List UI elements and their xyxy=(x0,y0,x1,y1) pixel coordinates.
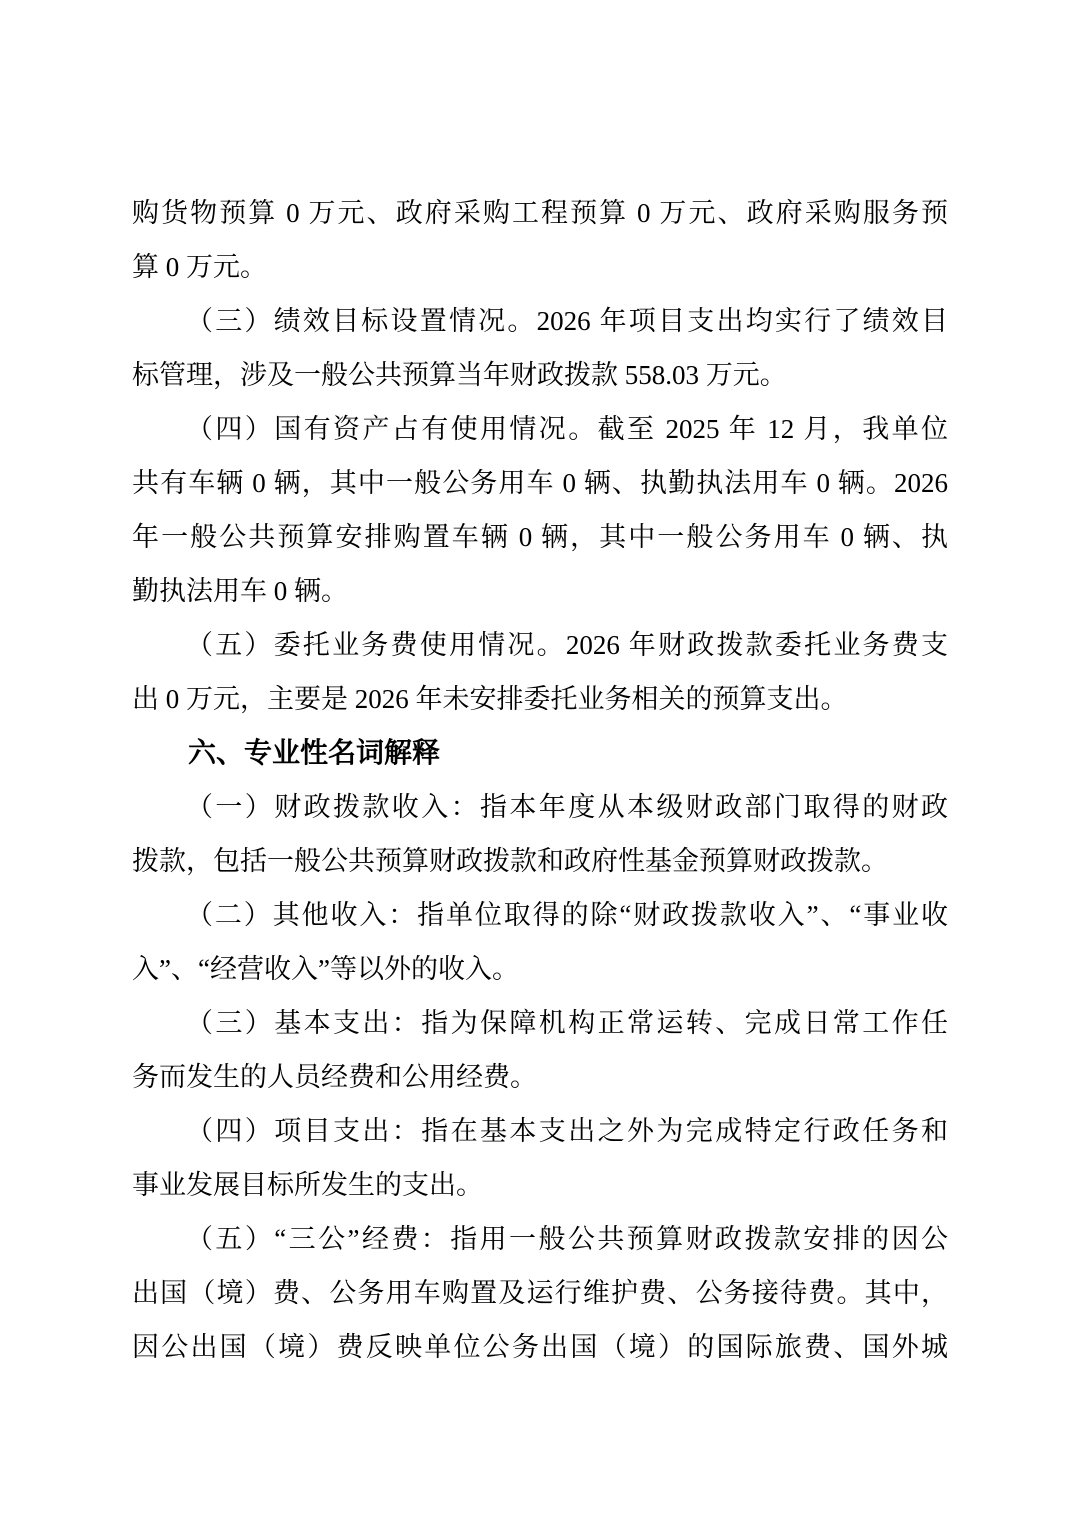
text-line: 入”、“经营收入”等以外的收入。 xyxy=(132,942,948,996)
text-line: 事业发展目标所发生的支出。 xyxy=(132,1158,948,1212)
text-line: 务而发生的人员经费和公用经费。 xyxy=(132,1050,948,1104)
text-line: （五）“三公”经费：指用一般公共预算财政拨款安排的因公 xyxy=(132,1212,948,1266)
text-line: （五）委托业务费使用情况。2026 年财政拨款委托业务费支 xyxy=(132,618,948,672)
text-line: （三）基本支出：指为保障机构正常运转、完成日常工作任 xyxy=(132,996,948,1050)
document-text-block: 购货物预算 0 万元、政府采购工程预算 0 万元、政府采购服务预 算 0 万元。… xyxy=(132,186,948,1374)
text-line: 标管理，涉及一般公共预算当年财政拨款 558.03 万元。 xyxy=(132,348,948,402)
text-line: 算 0 万元。 xyxy=(132,240,948,294)
text-line: 勤执法用车 0 辆。 xyxy=(132,564,948,618)
section-heading: 六、专业性名词解释 xyxy=(132,726,948,780)
text-line: 购货物预算 0 万元、政府采购工程预算 0 万元、政府采购服务预 xyxy=(132,186,948,240)
text-line: 拨款，包括一般公共预算财政拨款和政府性基金预算财政拨款。 xyxy=(132,834,948,888)
text-line: 共有车辆 0 辆，其中一般公务用车 0 辆、执勤执法用车 0 辆。2026 xyxy=(132,456,948,510)
text-line: （四）国有资产占有使用情况。截至 2025 年 12 月，我单位 xyxy=(132,402,948,456)
text-line: （一）财政拨款收入：指本年度从本级财政部门取得的财政 xyxy=(132,780,948,834)
text-line: 出 0 万元，主要是 2026 年未安排委托业务相关的预算支出。 xyxy=(132,672,948,726)
text-line: 出国（境）费、公务用车购置及运行维护费、公务接待费。其中， xyxy=(132,1266,948,1320)
text-line: （二）其他收入：指单位取得的除“财政拨款收入”、“事业收 xyxy=(132,888,948,942)
text-line: 因公出国（境）费反映单位公务出国（境）的国际旅费、国外城 xyxy=(132,1320,948,1374)
text-line: 年一般公共预算安排购置车辆 0 辆，其中一般公务用车 0 辆、执 xyxy=(132,510,948,564)
document-page: 购货物预算 0 万元、政府采购工程预算 0 万元、政府采购服务预 算 0 万元。… xyxy=(0,0,1074,1520)
text-line: （四）项目支出：指在基本支出之外为完成特定行政任务和 xyxy=(132,1104,948,1158)
text-line: （三）绩效目标设置情况。2026 年项目支出均实行了绩效目 xyxy=(132,294,948,348)
